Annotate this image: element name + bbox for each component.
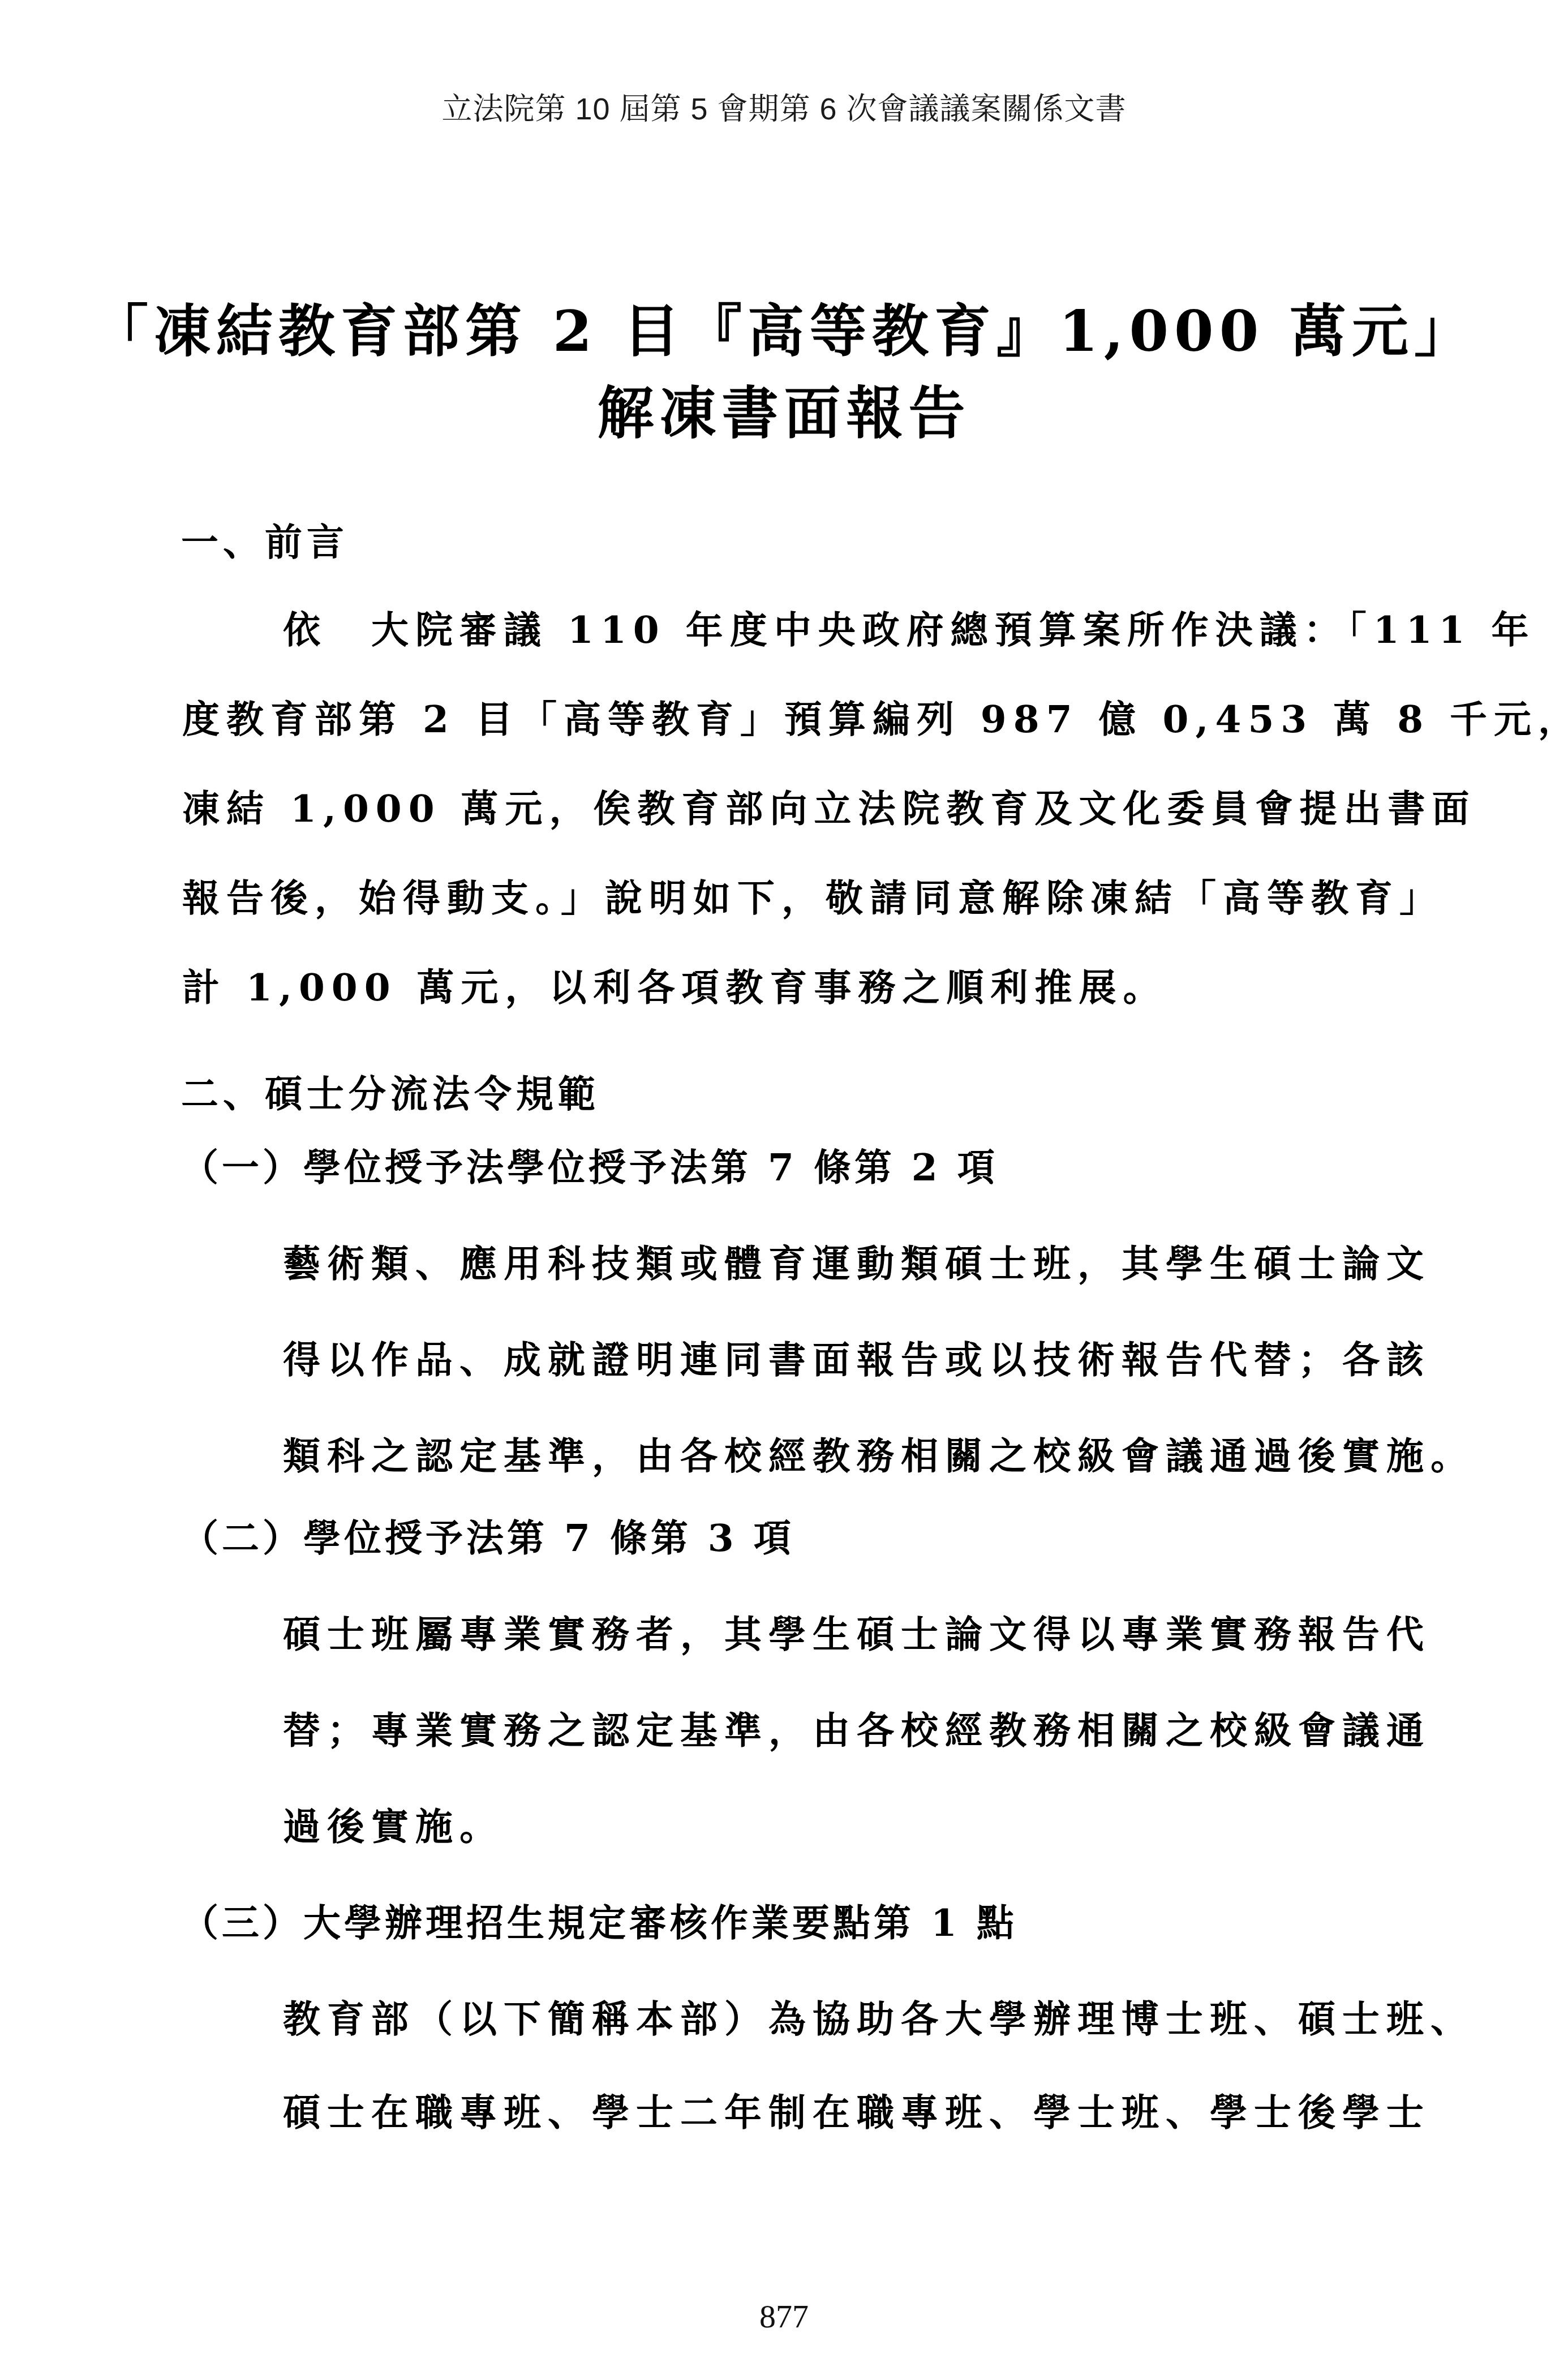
paragraph-line: 凍結 1,000 萬元，俟教育部向立法院教育及文化委員會提出書面 [182,779,1393,832]
paragraph-line: 報告後，始得動支。」說明如下，敬請同意解除凍結「高等教育」 [182,868,1393,922]
subsection-title-1: （一）學位授予法學位授予法第 7 條第 2 項 [181,1137,998,1191]
subsection-line: 得以作品、成就證明連同書面報告或以技術報告代替；各該 [283,1330,1393,1384]
paragraph-line: 依 大院審議 110 年度中央政府總預算案所作決議：「111 年 [283,600,1393,654]
subsection-title-2: （二）學位授予法第 7 條第 3 項 [181,1508,794,1562]
subsection-line: 替；專業實務之認定基準，由各校經教務相關之校級會議通 [283,1700,1393,1754]
subsection-line: 過後實施。 [283,1797,1393,1850]
subsection-line: 碩士在職專班、學士二年制在職專班、學士班、學士後學士 [283,2082,1393,2136]
subsection-line: 藝術類、應用科技類或體育運動類碩士班，其學生碩士論文 [283,1234,1393,1287]
paragraph-line: 計 1,000 萬元，以利各項教育事務之順利推展。 [182,957,1393,1011]
subsection-line: 類科之認定基準，由各校經教務相關之校級會議通過後實施。 [283,1426,1393,1480]
subsection-title-3: （三）大學辦理招生規定審核作業要點第 1 點 [181,1893,1017,1947]
subsection-line: 教育部（以下簡稱本部）為協助各大學辦理博士班、碩士班、 [283,1989,1393,2043]
paragraph-line: 度教育部第 2 目「高等教育」預算編列 987 億 0,453 萬 8 千元， [182,689,1393,743]
report-title-line-1: 「凍結教育部第 2 目『高等教育』1,000 萬元」 [0,286,1568,367]
subsection-line: 碩士班屬專業實務者，其學生碩士論文得以專業實務報告代 [283,1604,1393,1658]
page-number: 877 [0,2297,1568,2335]
report-title-line-2: 解凍書面報告 [0,368,1568,449]
section-heading-master-track-regulations: 二、碩士分流法令規範 [181,1064,600,1118]
document-header: 立法院第 10 屆第 5 會期第 6 次會議議案關係文書 [0,85,1568,128]
section-heading-preface: 一、前言 [181,512,349,566]
